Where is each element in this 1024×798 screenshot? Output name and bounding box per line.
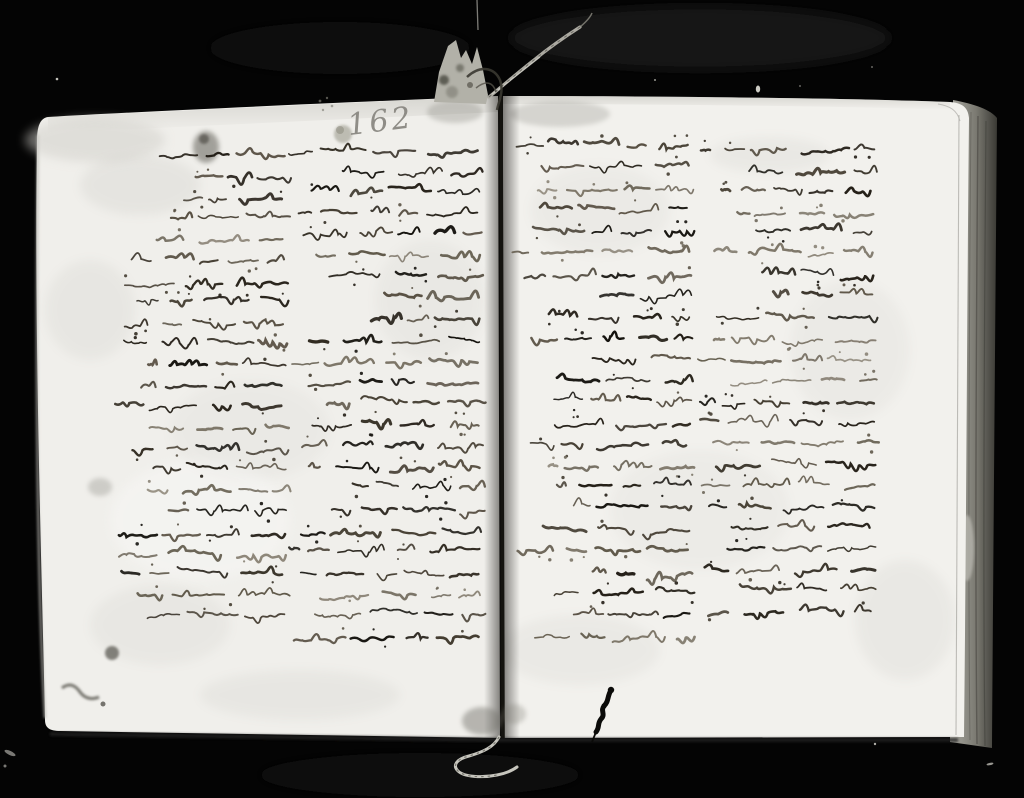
right-page	[500, 96, 969, 738]
bottom-left-stain	[105, 646, 119, 660]
photo-scene: 162	[0, 0, 1024, 798]
manuscript-photo: 162	[0, 0, 1024, 798]
